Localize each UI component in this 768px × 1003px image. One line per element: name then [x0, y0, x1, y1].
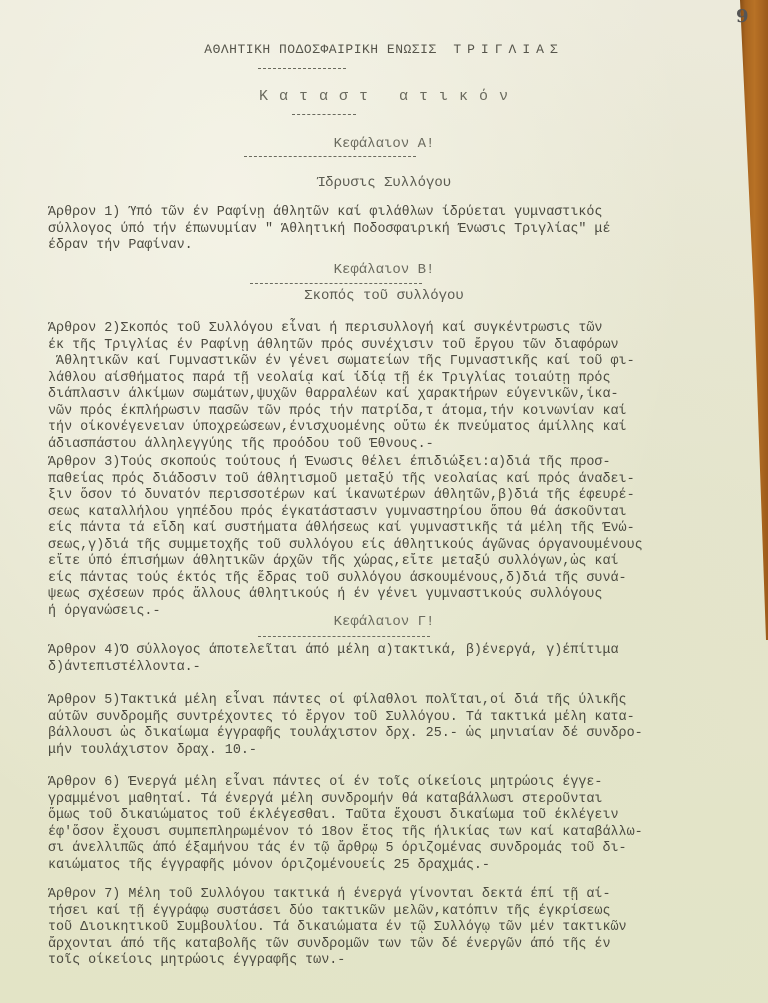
- article-line: σύλλογος ύπό τήν έπωνυμίαν " Άθλητική Πο…: [48, 222, 748, 239]
- article-line: Άθλητικῶν καί Γυμναστικῶν έν γένει σωματ…: [48, 354, 748, 371]
- article-line: μήν τουλάχιστον δραχ. 10.-: [48, 743, 748, 760]
- chapter-c-underline: [258, 636, 430, 637]
- section-title-founding: Ίδρυσις Συλλόγου: [0, 175, 768, 191]
- document-title: ΑΘΛΗΤΙΚΗ ΠΟΔΟΣΦΑΙΡΙΚΗ ΕΝΩΣΙΣ ΤΡΙΓΛΙΑΣ: [0, 42, 768, 57]
- article-line: είς πάντα τά εἴδη καί συστήματα άθλήσεως…: [48, 521, 748, 538]
- article-2: Άρθρον 2)Σκοπός τοῦ Συλλόγου εἶναι ή περ…: [48, 321, 748, 453]
- article-7: Άρθρον 7) Μέλη τοῦ Συλλόγου τακτικά ή έν…: [48, 887, 748, 970]
- article-1: Άρθρον 1) Ύπό τῶν έν Ραφίνῃ άθλητῶν καί …: [48, 205, 748, 255]
- title-spaced: ΤΡΙΓΛΙΑΣ: [453, 42, 563, 57]
- article-line: νῶν πρός έκπλήρωσιν πασῶν τῶν πρός τήν π…: [48, 404, 748, 421]
- article-line: Άρθρον 3)Τούς σκοπούς τούτους ή Ένωσις θ…: [48, 455, 748, 472]
- subtitle-underline: [292, 114, 356, 115]
- article-line: αύτῶν συνδρομῆς συντρέχοντες τό ἔργον το…: [48, 710, 748, 727]
- article-line: διάπλασιν άλκίμων σωμάτων,ψυχῶν θαρραλέω…: [48, 387, 748, 404]
- title-main: ΑΘΛΗΤΙΚΗ ΠΟΔΟΣΦΑΙΡΙΚΗ ΕΝΩΣΙΣ: [204, 42, 436, 57]
- article-line: τοῖς οίκείοις μητρώοις έγγραφῆς των.-: [48, 953, 748, 970]
- article-line: είς πάντας τούς έκτός τῆς ἕδρας τοῦ συλλ…: [48, 571, 748, 588]
- article-line: καιώματος τῆς έγγραφῆς μόνον όριζομένουε…: [48, 858, 748, 875]
- article-line: ψεως σχέσεων πρός ἄλλους άθλητικούς ή έν…: [48, 587, 748, 604]
- article-6: Άρθρον 6) Ένεργά μέλη εἶναι πάντες οί έν…: [48, 775, 748, 874]
- section-title-purpose: Σκοπός τοῦ συλλόγου: [0, 288, 768, 304]
- article-line: τοῦ Διοικητικοῦ Συμβουλίου. Τά δικαιώματ…: [48, 920, 748, 937]
- chapter-b-underline: [250, 283, 422, 284]
- article-line: ἄρχονται άπό τῆς καταβολῆς τῶν συνδρομῶν…: [48, 937, 748, 954]
- article-line: Άρθρον 1) Ύπό τῶν έν Ραφίνῃ άθλητῶν καί …: [48, 205, 748, 222]
- article-line: παθείας πρός διάδοσιν τοῦ άθλητισμοῦ μετ…: [48, 472, 748, 489]
- article-line: σεως,γ)διά τῆς συμμετοχῆς τοῦ συλλόγου ε…: [48, 538, 748, 555]
- article-line: εἴτε ύπό έπισήμων άθλητικῶν άρχῶν τῆς χώ…: [48, 554, 748, 571]
- article-line: τήσει καί τῇ έγγράφῳ συστάσει δύο τακτικ…: [48, 904, 748, 921]
- chapter-heading-c: Κεφάλαιον Γ!: [0, 614, 768, 630]
- document: 9 ΑΘΛΗΤΙΚΗ ΠΟΔΟΣΦΑΙΡΙΚΗ ΕΝΩΣΙΣ ΤΡΙΓΛΙΑΣ …: [0, 0, 768, 1003]
- article-line: δ)άντεπιστέλλοντα.-: [48, 660, 748, 677]
- article-line: σεως καταλλήλου γηπέδου πρός έγκατάστασι…: [48, 505, 748, 522]
- article-line: Άρθρον 2)Σκοπός τοῦ Συλλόγου εἶναι ή περ…: [48, 321, 748, 338]
- article-line: έδραν τήν Ραφίναν.: [48, 238, 748, 255]
- article-line: Άρθρον 7) Μέλη τοῦ Συλλόγου τακτικά ή έν…: [48, 887, 748, 904]
- chapter-heading-b: Κεφάλαιον Β!: [0, 262, 768, 278]
- title-underline: [258, 68, 346, 69]
- article-5: Άρθρον 5)Τακτικά μέλη εἶναι πάντες οί φί…: [48, 693, 748, 759]
- article-line: έκ τῆς Τριγλίας έν Ραφίνῃ άθλητῶν πρός σ…: [48, 338, 748, 355]
- article-3: Άρθρον 3)Τούς σκοπούς τούτους ή Ένωσις θ…: [48, 455, 748, 620]
- page-number: 9: [736, 6, 749, 27]
- article-4: Άρθρον 4)Ό σύλλογος άποτελεῖται άπό μέλη…: [48, 643, 748, 676]
- article-line: Άρθρον 5)Τακτικά μέλη εἶναι πάντες οί φί…: [48, 693, 748, 710]
- article-line: βάλλουσι ὡς δικαίωμα έγγραφῆς τουλάχιστο…: [48, 726, 748, 743]
- document-subtitle: Κ α τ α σ τ α τ ι κ ό ν: [0, 88, 768, 105]
- article-line: Άρθρον 4)Ό σύλλογος άποτελεῖται άπό μέλη…: [48, 643, 748, 660]
- article-line: ξιν ὅσον τό δυνατόν περισσοτέρων καί ίκα…: [48, 488, 748, 505]
- chapter-a-underline: [244, 156, 416, 157]
- article-line: έφ'ὅσον ἔχουσι συμπεπληρωμένον τό 18ον ἔ…: [48, 825, 748, 842]
- article-line: λάθλου αίσθήματος παρά τῇ νεολαίᾳ καί ίδ…: [48, 371, 748, 388]
- article-line: γραμμένοι μαθηταί. Τά ένεργά μέλη συνδρο…: [48, 792, 748, 809]
- article-line: ὅμως τοῦ δικαιώματος τοῦ έκλέγεσθαι. Ταῦ…: [48, 808, 748, 825]
- article-line: σι άνελλιπῶς άπό έξαμήνου τάς έν τῷ ἄρθρ…: [48, 841, 748, 858]
- article-line: Άρθρον 6) Ένεργά μέλη εἶναι πάντες οί έν…: [48, 775, 748, 792]
- chapter-heading-a: Κεφάλαιον Α!: [0, 136, 768, 152]
- article-line: άδιασπάστου άλληλεγγύης τῆς προόδου τοῦ …: [48, 437, 748, 454]
- article-line: τήν οίκονέγενειαν ύποχρεώσεων,ένισχυομέν…: [48, 420, 748, 437]
